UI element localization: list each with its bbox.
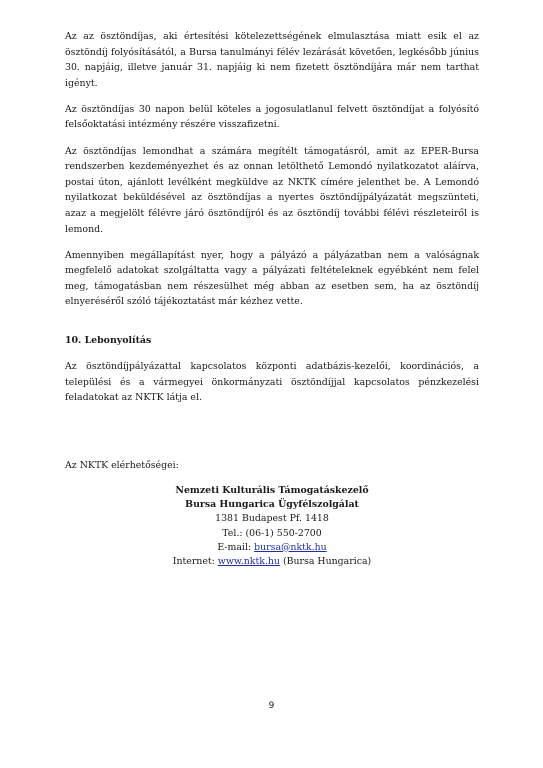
contact-intro: Az NKTK elérhetőségei: (65, 458, 479, 474)
contact-org: Nemzeti Kulturális Támogatáskezelő (65, 484, 479, 498)
contact-dept: Bursa Hungarica Ügyfélszolgálat (65, 498, 479, 512)
document-page: Az az ösztöndíjas, aki értesítési kötele… (65, 29, 479, 569)
email-link[interactable]: bursa@nktk.hu (254, 542, 327, 553)
contact-email-line: E-mail: bursa@nktk.hu (65, 541, 479, 555)
contact-web-line: Internet: www.nktk.hu (Bursa Hungarica) (65, 555, 479, 569)
page-number: 9 (0, 701, 543, 711)
paragraph-false-data: Amennyiben megállapítást nyer, hogy a pá… (65, 248, 479, 310)
web-link[interactable]: www.nktk.hu (218, 556, 280, 567)
paragraph-repayment: Az ösztöndíjas 30 napon belül köteles a … (65, 102, 479, 133)
section-body: Az ösztöndíjpályázattal kapcsolatos közp… (65, 359, 479, 406)
email-label: E-mail: (217, 542, 254, 553)
section-heading: 10. Lebonyolítás (65, 333, 479, 349)
contact-block: Nemzeti Kulturális Támogatáskezelő Bursa… (65, 484, 479, 569)
web-label: Internet: (173, 556, 218, 567)
web-suffix: (Bursa Hungarica) (280, 556, 371, 567)
paragraph-withdrawal: Az ösztöndíjas lemondhat a számára megít… (65, 144, 479, 238)
contact-address: 1381 Budapest Pf. 1418 (65, 512, 479, 526)
paragraph-unclaimed-scholarship: Az az ösztöndíjas, aki értesítési kötele… (65, 29, 479, 91)
contact-phone: Tel.: (06-1) 550-2700 (65, 527, 479, 541)
